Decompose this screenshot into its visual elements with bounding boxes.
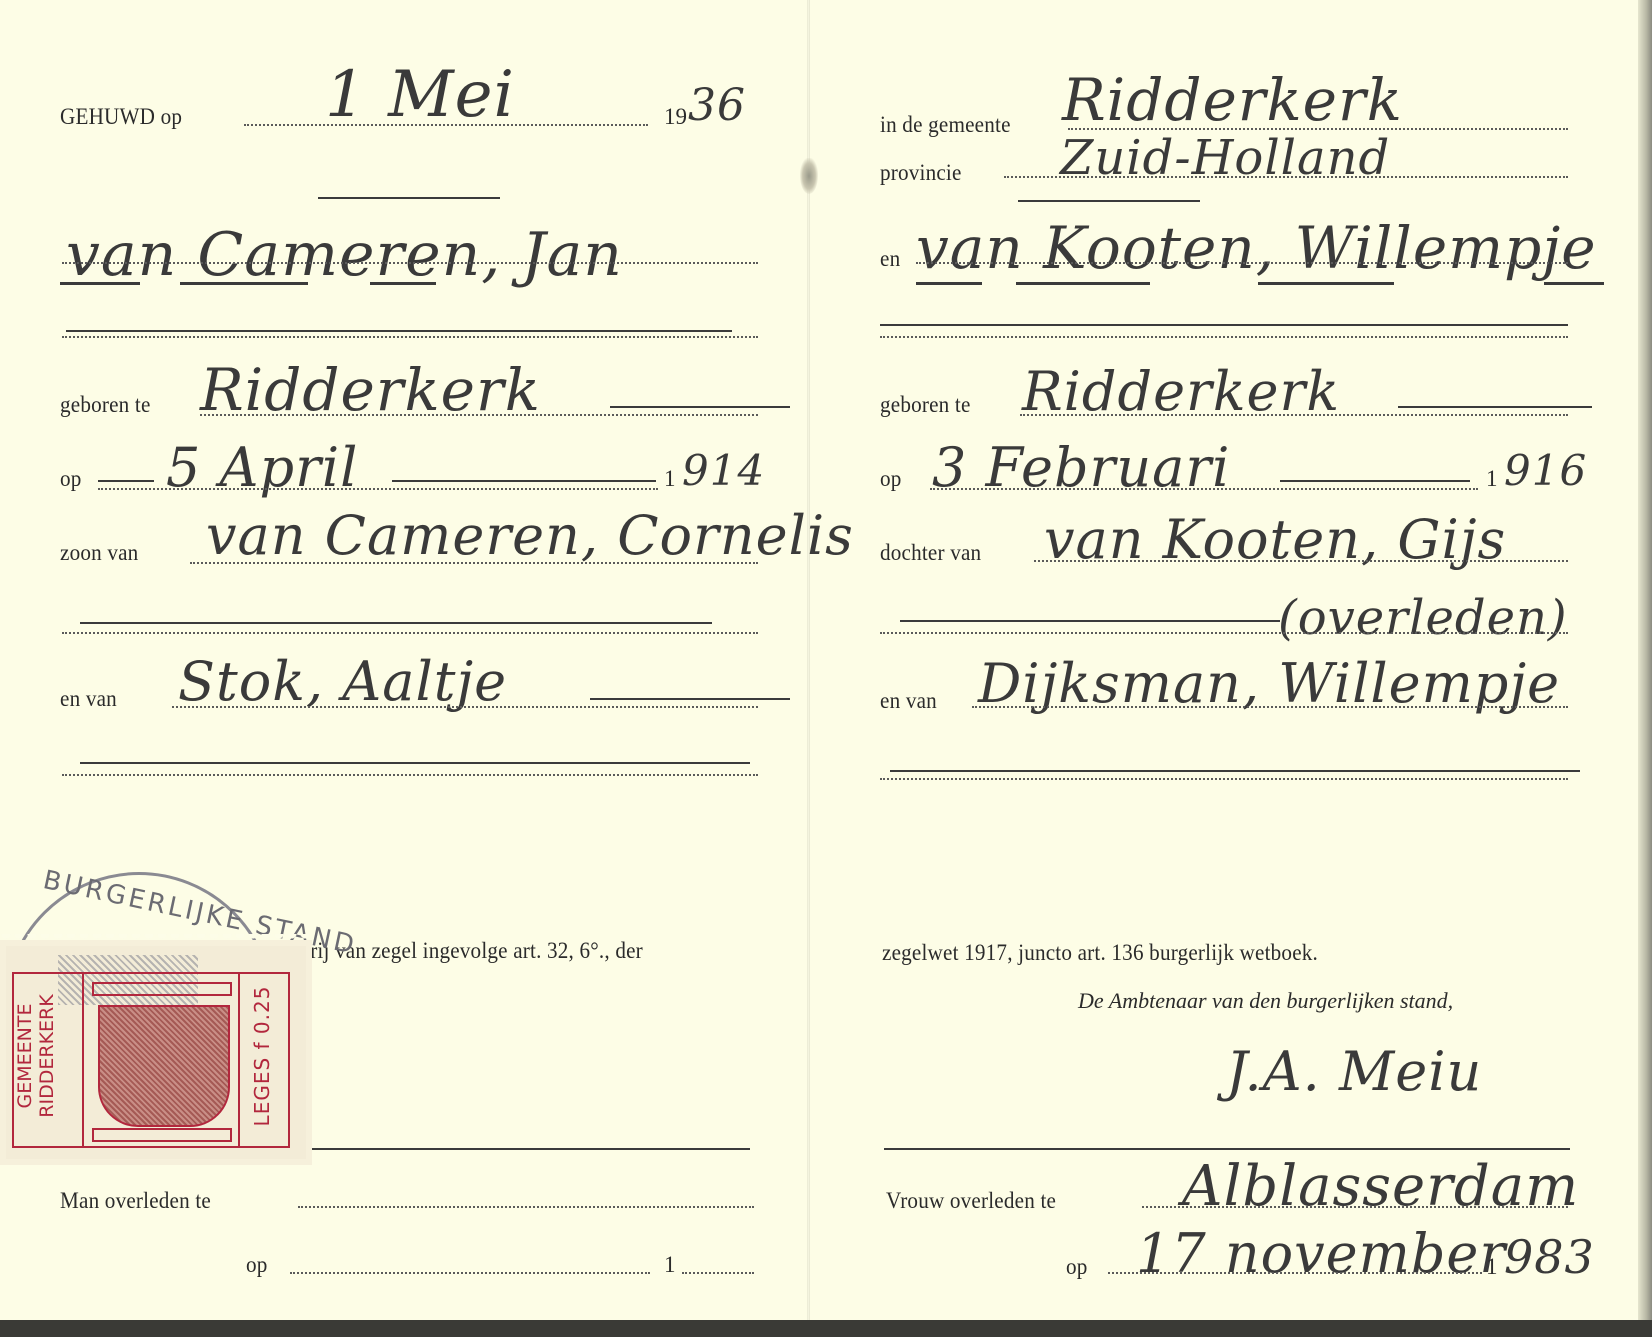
stamp-line-2: RIDDERKERK (36, 972, 58, 1140)
stamp-bar-top (92, 982, 232, 996)
fill-rule (98, 480, 154, 482)
official-title: De Ambtenaar van den burgerlijken stand, (1078, 988, 1453, 1014)
groom-name-line (62, 262, 758, 264)
married-year-prefix: 19 (664, 104, 687, 130)
groom-name-dots-2 (62, 336, 758, 338)
woman-died-date-handwritten: 17 november (1136, 1222, 1506, 1285)
groom-birth-year-prefix: 1 (664, 466, 676, 492)
separator-rule (1018, 200, 1200, 202)
son-of-line-2 (62, 632, 758, 634)
bride-and-of-line (972, 706, 1568, 708)
book-edge (1638, 0, 1652, 1337)
bride-birth-date-line (930, 488, 1478, 490)
underline (60, 282, 140, 285)
groom-born-label: geboren te (60, 392, 151, 418)
fill-rule (890, 770, 1580, 772)
woman-died-label: Vrouw overleden te (886, 1188, 1056, 1214)
groom-name-handwritten: van Cameren, Jan (66, 220, 623, 290)
groom-birth-date-line (98, 488, 658, 490)
son-of-line (190, 562, 758, 564)
married-year-handwritten: 36 (688, 80, 746, 131)
bride-name-line (916, 262, 1568, 264)
fill-rule (1398, 406, 1592, 408)
book-gutter (807, 0, 810, 1322)
fill-rule (610, 406, 790, 408)
staple-hole (800, 158, 818, 194)
man-died-year-line (682, 1272, 754, 1274)
underline (1544, 282, 1604, 285)
woman-died-year-prefix: 1 (1486, 1254, 1498, 1280)
and-of-name-handwritten: Stok, Aaltje (178, 650, 507, 713)
law-reference-text: zegelwet 1917, juncto art. 136 burgerlij… (882, 940, 1318, 966)
woman-died-place-handwritten: Alblasserdam (1182, 1154, 1579, 1219)
married-label: GEHUWD op (60, 104, 182, 130)
and-of-line (172, 706, 758, 708)
daughter-of-note-handwritten: (overleden) (1278, 590, 1568, 646)
official-signature-handwritten: J.A. Meiu (1226, 1040, 1482, 1103)
bride-birth-date-label: op (880, 466, 902, 492)
bride-birth-year-prefix: 1 (1486, 466, 1498, 492)
groom-name-line-2 (66, 330, 732, 332)
bride-birth-year-handwritten: 916 (1504, 446, 1587, 495)
underline (1258, 282, 1394, 285)
stamp-bar-bottom (92, 1128, 232, 1142)
groom-born-line (200, 414, 758, 416)
fill-rule (80, 622, 712, 624)
fill-rule (880, 324, 1568, 326)
fill-rule (900, 620, 1280, 622)
man-died-date-label: op (246, 1252, 268, 1278)
stamp-fee-text: LEGES f 0.25 (250, 972, 274, 1140)
municipality-handwritten: Ridderkerk (1062, 66, 1403, 134)
man-died-place-line (298, 1206, 754, 1208)
bride-name-line-2 (880, 336, 1568, 338)
bride-born-label: geboren te (880, 392, 971, 418)
daughter-of-label: dochter van (880, 540, 981, 566)
fill-rule (392, 480, 656, 482)
fill-rule (1280, 480, 1470, 482)
bride-label: en (880, 246, 900, 272)
woman-died-place-line (1142, 1206, 1568, 1208)
woman-died-date-label: op (1066, 1254, 1088, 1280)
stamp-perforation (0, 934, 312, 944)
book-bottom-edge (0, 1320, 1652, 1337)
bride-born-line (1020, 414, 1568, 416)
lion-crest-icon (98, 1005, 230, 1127)
man-died-year-prefix: 1 (664, 1252, 676, 1278)
and-of-line-2 (62, 774, 758, 776)
province-line (1004, 176, 1568, 178)
man-died-date-line (290, 1272, 650, 1274)
man-died-label: Man overleden te (60, 1188, 211, 1214)
son-of-name-handwritten: van Cameren, Cornelis (206, 504, 854, 567)
fill-rule (590, 698, 790, 700)
woman-died-year-handwritten: 983 (1504, 1230, 1595, 1284)
daughter-of-line-2 (880, 632, 1568, 634)
municipality-label: in de gemeente (880, 112, 1011, 138)
underline (180, 282, 308, 285)
underline (370, 282, 436, 285)
bride-name-handwritten: van Kooten, Willempje (916, 214, 1597, 282)
groom-birth-date-label: op (60, 466, 82, 492)
fill-rule (80, 762, 750, 764)
daughter-of-line (1034, 560, 1568, 562)
stamp-line-1: GEMEENTE (14, 972, 36, 1140)
married-date-handwritten: 1 Mei (325, 58, 515, 132)
groom-birth-year-handwritten: 914 (682, 446, 765, 495)
province-label: provincie (880, 160, 962, 186)
bride-and-of-label: en van (880, 688, 937, 714)
signature-rule-left (312, 1148, 750, 1150)
underline (1016, 282, 1150, 285)
stamp-municipality-text: GEMEENTE RIDDERKERK (14, 972, 58, 1140)
son-of-label: zoon van (60, 540, 138, 566)
signature-rule-right (884, 1148, 1570, 1150)
separator-rule (318, 197, 500, 199)
bride-and-of-line-2 (880, 778, 1568, 780)
and-of-label: en van (60, 686, 117, 712)
woman-died-date-line (1108, 1272, 1482, 1274)
underline (916, 282, 982, 285)
